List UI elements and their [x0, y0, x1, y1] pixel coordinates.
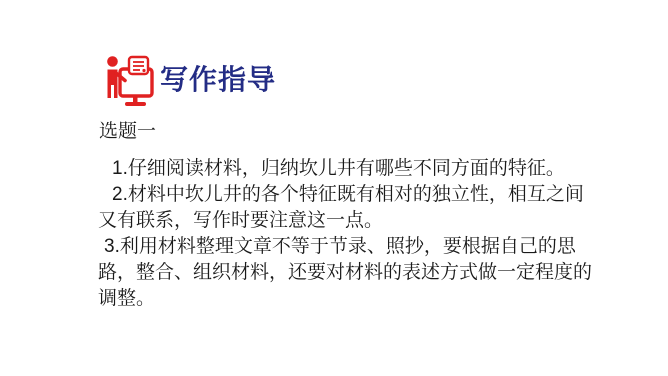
- guidance-item-2-line: 2.材料中坎儿井的各个特征既有相对的独立性，相互之间: [98, 182, 576, 208]
- guidance-item-3-line: 3.利用材料整理文章不等于节录、照抄，要根据自己的思: [98, 234, 576, 260]
- guidance-item-3-line: 路，整合、组织材料，还要对材料的表述方式做一定程度的: [98, 260, 576, 286]
- guidance-item-1-line: 1.仔细阅读材料，归纳坎儿井有哪些不同方面的特征。: [98, 156, 576, 182]
- guidance-item-2-line: 又有联系，写作时要注意这一点。: [98, 208, 576, 234]
- slide: 写作指导 选题一 1.仔细阅读材料，归纳坎儿井有哪些不同方面的特征。 2.材料中…: [0, 0, 668, 376]
- guidance-text: 1.仔细阅读材料，归纳坎儿井有哪些不同方面的特征。 2.材料中坎儿井的各个特征既…: [98, 156, 576, 312]
- slide-header: 写作指导: [104, 54, 276, 112]
- page-title: 写作指导: [160, 66, 276, 100]
- guidance-item-3-line: 调整。: [98, 286, 576, 312]
- presenter-board-icon: [104, 54, 154, 112]
- topic-subtitle: 选题一: [99, 116, 156, 143]
